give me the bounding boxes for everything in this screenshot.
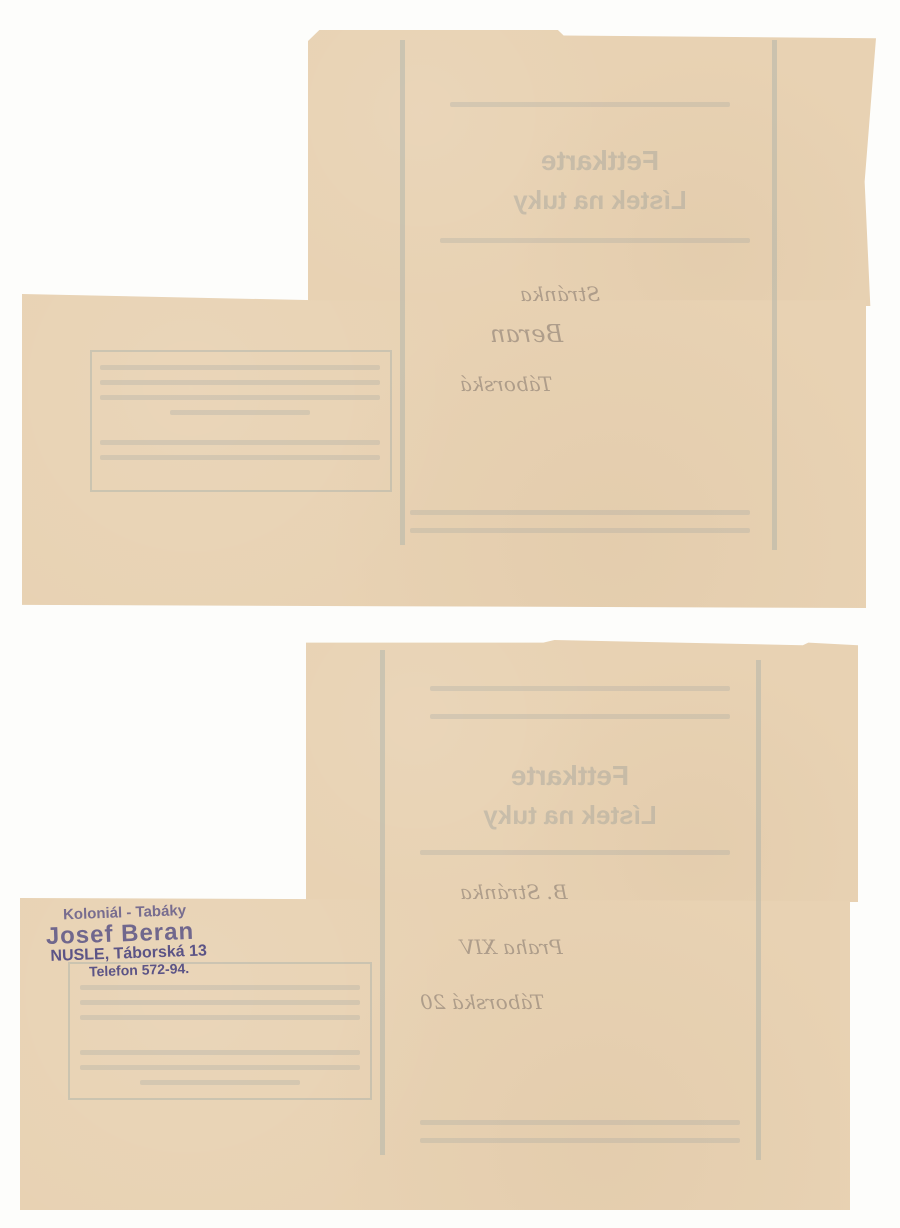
ghost-text-line <box>80 1000 360 1005</box>
top-divider-left <box>400 40 405 545</box>
top-ghost-title: Fettkarte <box>500 145 700 177</box>
ghost-text-line <box>170 410 310 415</box>
bottom-ghost-title: Fettkarte <box>470 760 670 792</box>
top-handwriting-1: Stránka <box>520 282 600 306</box>
ghost-text-line <box>80 1015 360 1020</box>
bottom-handwriting-2: Praha XIV <box>460 935 563 959</box>
ghost-text-line <box>420 1138 740 1143</box>
ghost-text-line <box>420 850 730 855</box>
ghost-text-line <box>100 380 380 385</box>
bottom-handwriting-3: Táborská 20 <box>420 990 544 1014</box>
ghost-text-line <box>80 985 360 990</box>
ghost-text-line <box>450 102 730 107</box>
ghost-text-line <box>140 1080 300 1085</box>
ghost-text-line <box>100 440 380 445</box>
bottom-handwriting-1: B. Stránka <box>460 880 568 904</box>
ghost-text-line <box>440 238 750 243</box>
ghost-text-line <box>80 1065 360 1070</box>
ghost-text-line <box>100 455 380 460</box>
bottom-divider-left <box>380 650 385 1155</box>
ghost-text-line <box>100 365 380 370</box>
ghost-text-line <box>80 1050 360 1055</box>
ghost-text-line <box>410 510 750 515</box>
bottom-ghost-subtitle: Lístek na tuky <box>440 800 700 831</box>
top-handwriting-3: Táborská <box>460 372 552 396</box>
ghost-text-line <box>430 686 730 691</box>
ghost-text-line <box>100 395 380 400</box>
ghost-text-line <box>430 714 730 719</box>
bottom-divider-right <box>756 660 761 1160</box>
top-handwriting-2: Beran <box>490 320 563 348</box>
top-divider-right <box>772 40 777 550</box>
ghost-text-line <box>410 528 750 533</box>
top-ghost-subtitle: Lístek na tuky <box>470 185 730 216</box>
ghost-text-line <box>420 1120 740 1125</box>
merchant-stamp: Koloniál - Tabáky Josef Beran NUSLE, Táb… <box>45 900 277 980</box>
top-notice-box <box>90 350 392 492</box>
